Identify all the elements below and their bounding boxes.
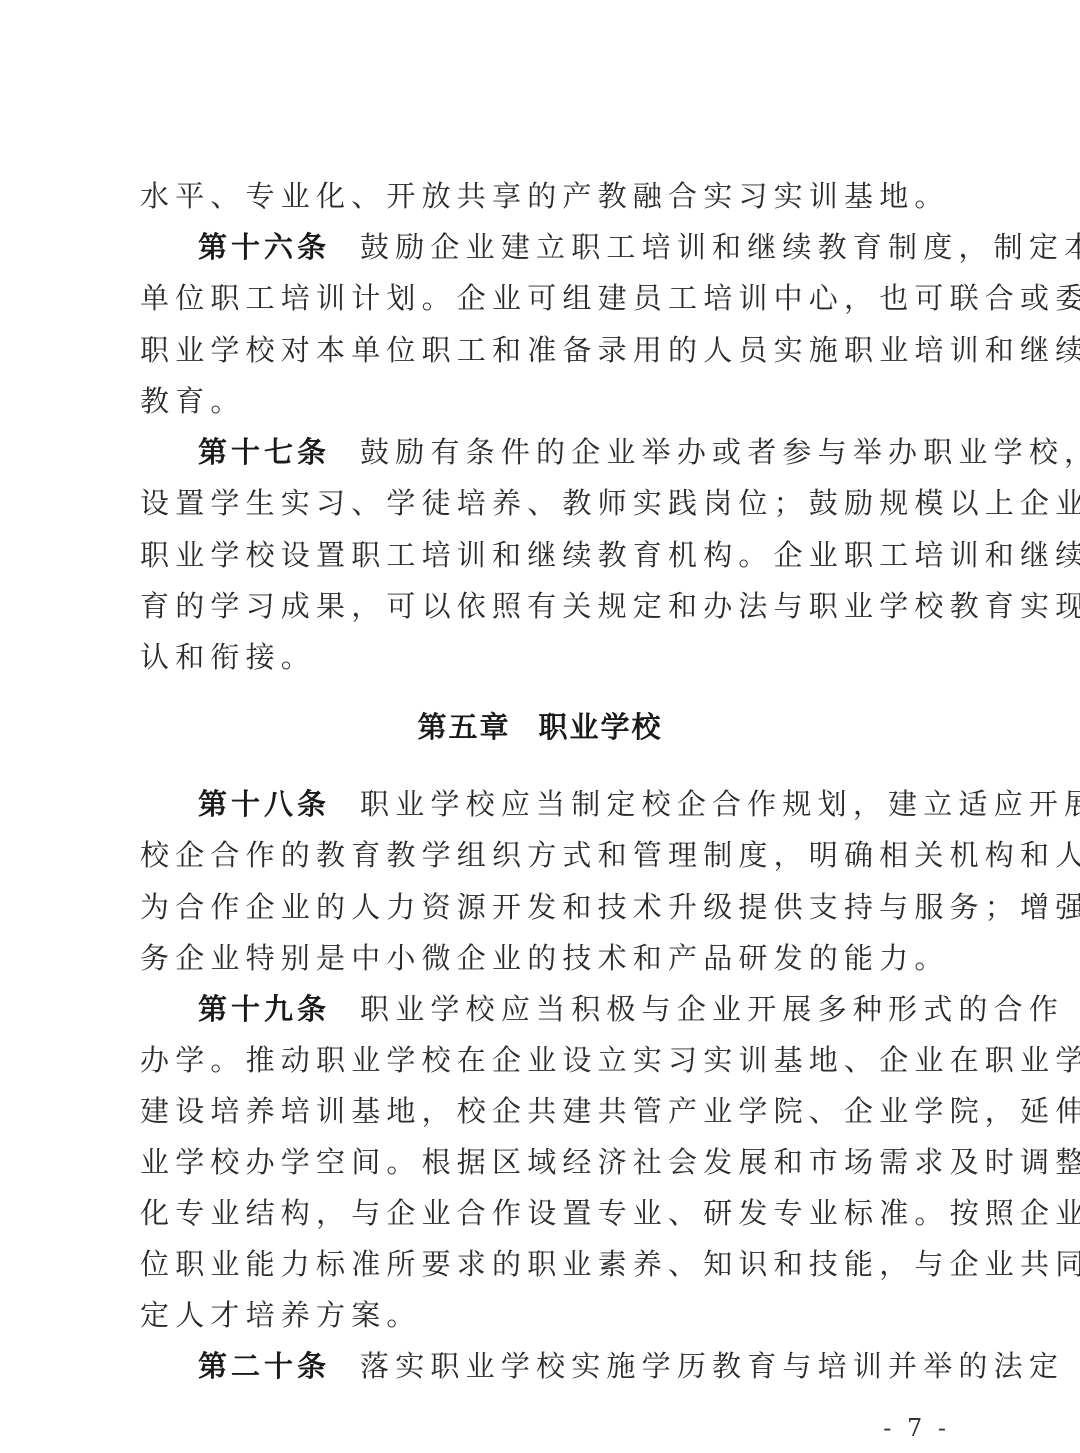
article-18-line: 务企业特别是中小微企业的技术和产品研发的能力。 bbox=[140, 938, 945, 978]
article-18-first-line: 第十八条职业学校应当制定校企合作规划，建立适应开展 bbox=[198, 784, 945, 824]
article-16-number: 第十六条 bbox=[198, 230, 330, 264]
article-19-text: 职业学校应当积极与企业开展多种形式的合作 bbox=[360, 992, 1064, 1026]
article-17-line: 职业学校设置职工培训和继续教育机构。企业职工培训和继续教 bbox=[140, 535, 945, 575]
article-18-line: 为合作企业的人力资源开发和技术升级提供支持与服务；增强服 bbox=[140, 887, 945, 927]
page-number: - 7 - bbox=[870, 1413, 950, 1443]
article-19-line: 建设培养培训基地，校企共建共管产业学院、企业学院，延伸职 bbox=[140, 1091, 945, 1131]
chapter-number: 第五章 bbox=[417, 710, 510, 744]
article-19-line: 化专业结构，与企业合作设置专业、研发专业标准。按照企业岗 bbox=[140, 1193, 945, 1233]
article-16-line: 教育。 bbox=[140, 381, 945, 421]
article-20-text: 落实职业学校实施学历教育与培训并举的法定 bbox=[360, 1349, 1064, 1383]
article-18-line: 校企合作的教育教学组织方式和管理制度，明确相关机构和人员， bbox=[140, 835, 945, 875]
article-19-line: 业学校办学空间。根据区域经济社会发展和市场需求及时调整优 bbox=[140, 1142, 945, 1182]
article-20-number: 第二十条 bbox=[198, 1349, 330, 1383]
article-17-text: 鼓励有条件的企业举办或者参与举办职业学校， bbox=[360, 435, 1080, 469]
chapter-title: 职业学校 bbox=[539, 710, 663, 744]
article-17-number: 第十七条 bbox=[198, 435, 330, 469]
article-19-line: 定人才培养方案。 bbox=[140, 1295, 945, 1335]
article-17-line: 育的学习成果，可以依照有关规定和办法与职业学校教育实现互 bbox=[140, 586, 945, 626]
article-19-line: 办学。推动职业学校在企业设立实习实训基地、企业在职业学校 bbox=[140, 1040, 945, 1080]
article-16-text: 鼓励企业建立职工培训和继续教育制度，制定本 bbox=[360, 230, 1080, 264]
article-17-line: 认和衔接。 bbox=[140, 637, 945, 677]
article-19-line: 位职业能力标准所要求的职业素养、知识和技能，与企业共同制 bbox=[140, 1244, 945, 1284]
article-17-first-line: 第十七条鼓励有条件的企业举办或者参与举办职业学校， bbox=[198, 432, 945, 472]
article-17-line: 设置学生实习、学徒培养、教师实践岗位；鼓励规模以上企业在 bbox=[140, 483, 945, 523]
article-16-line: 职业学校对本单位职工和准备录用的人员实施职业培训和继续 bbox=[140, 330, 945, 370]
chapter-heading: 第五章职业学校 bbox=[0, 707, 1080, 747]
article-16-first-line: 第十六条鼓励企业建立职工培训和继续教育制度，制定本 bbox=[198, 227, 945, 267]
article-16-line: 单位职工培训计划。企业可组建员工培训中心，也可联合或委托 bbox=[140, 278, 945, 318]
article-19-number: 第十九条 bbox=[198, 992, 330, 1026]
paragraph-continuation-line: 水平、专业化、开放共享的产教融合实习实训基地。 bbox=[140, 176, 945, 216]
article-19-first-line: 第十九条职业学校应当积极与企业开展多种形式的合作 bbox=[198, 989, 945, 1029]
article-18-text: 职业学校应当制定校企合作规划，建立适应开展 bbox=[360, 787, 1080, 821]
article-18-number: 第十八条 bbox=[198, 787, 330, 821]
article-20-first-line: 第二十条落实职业学校实施学历教育与培训并举的法定 bbox=[198, 1346, 945, 1386]
document-page: 水平、专业化、开放共享的产教融合实习实训基地。 第十六条鼓励企业建立职工培训和继… bbox=[0, 0, 1080, 1453]
